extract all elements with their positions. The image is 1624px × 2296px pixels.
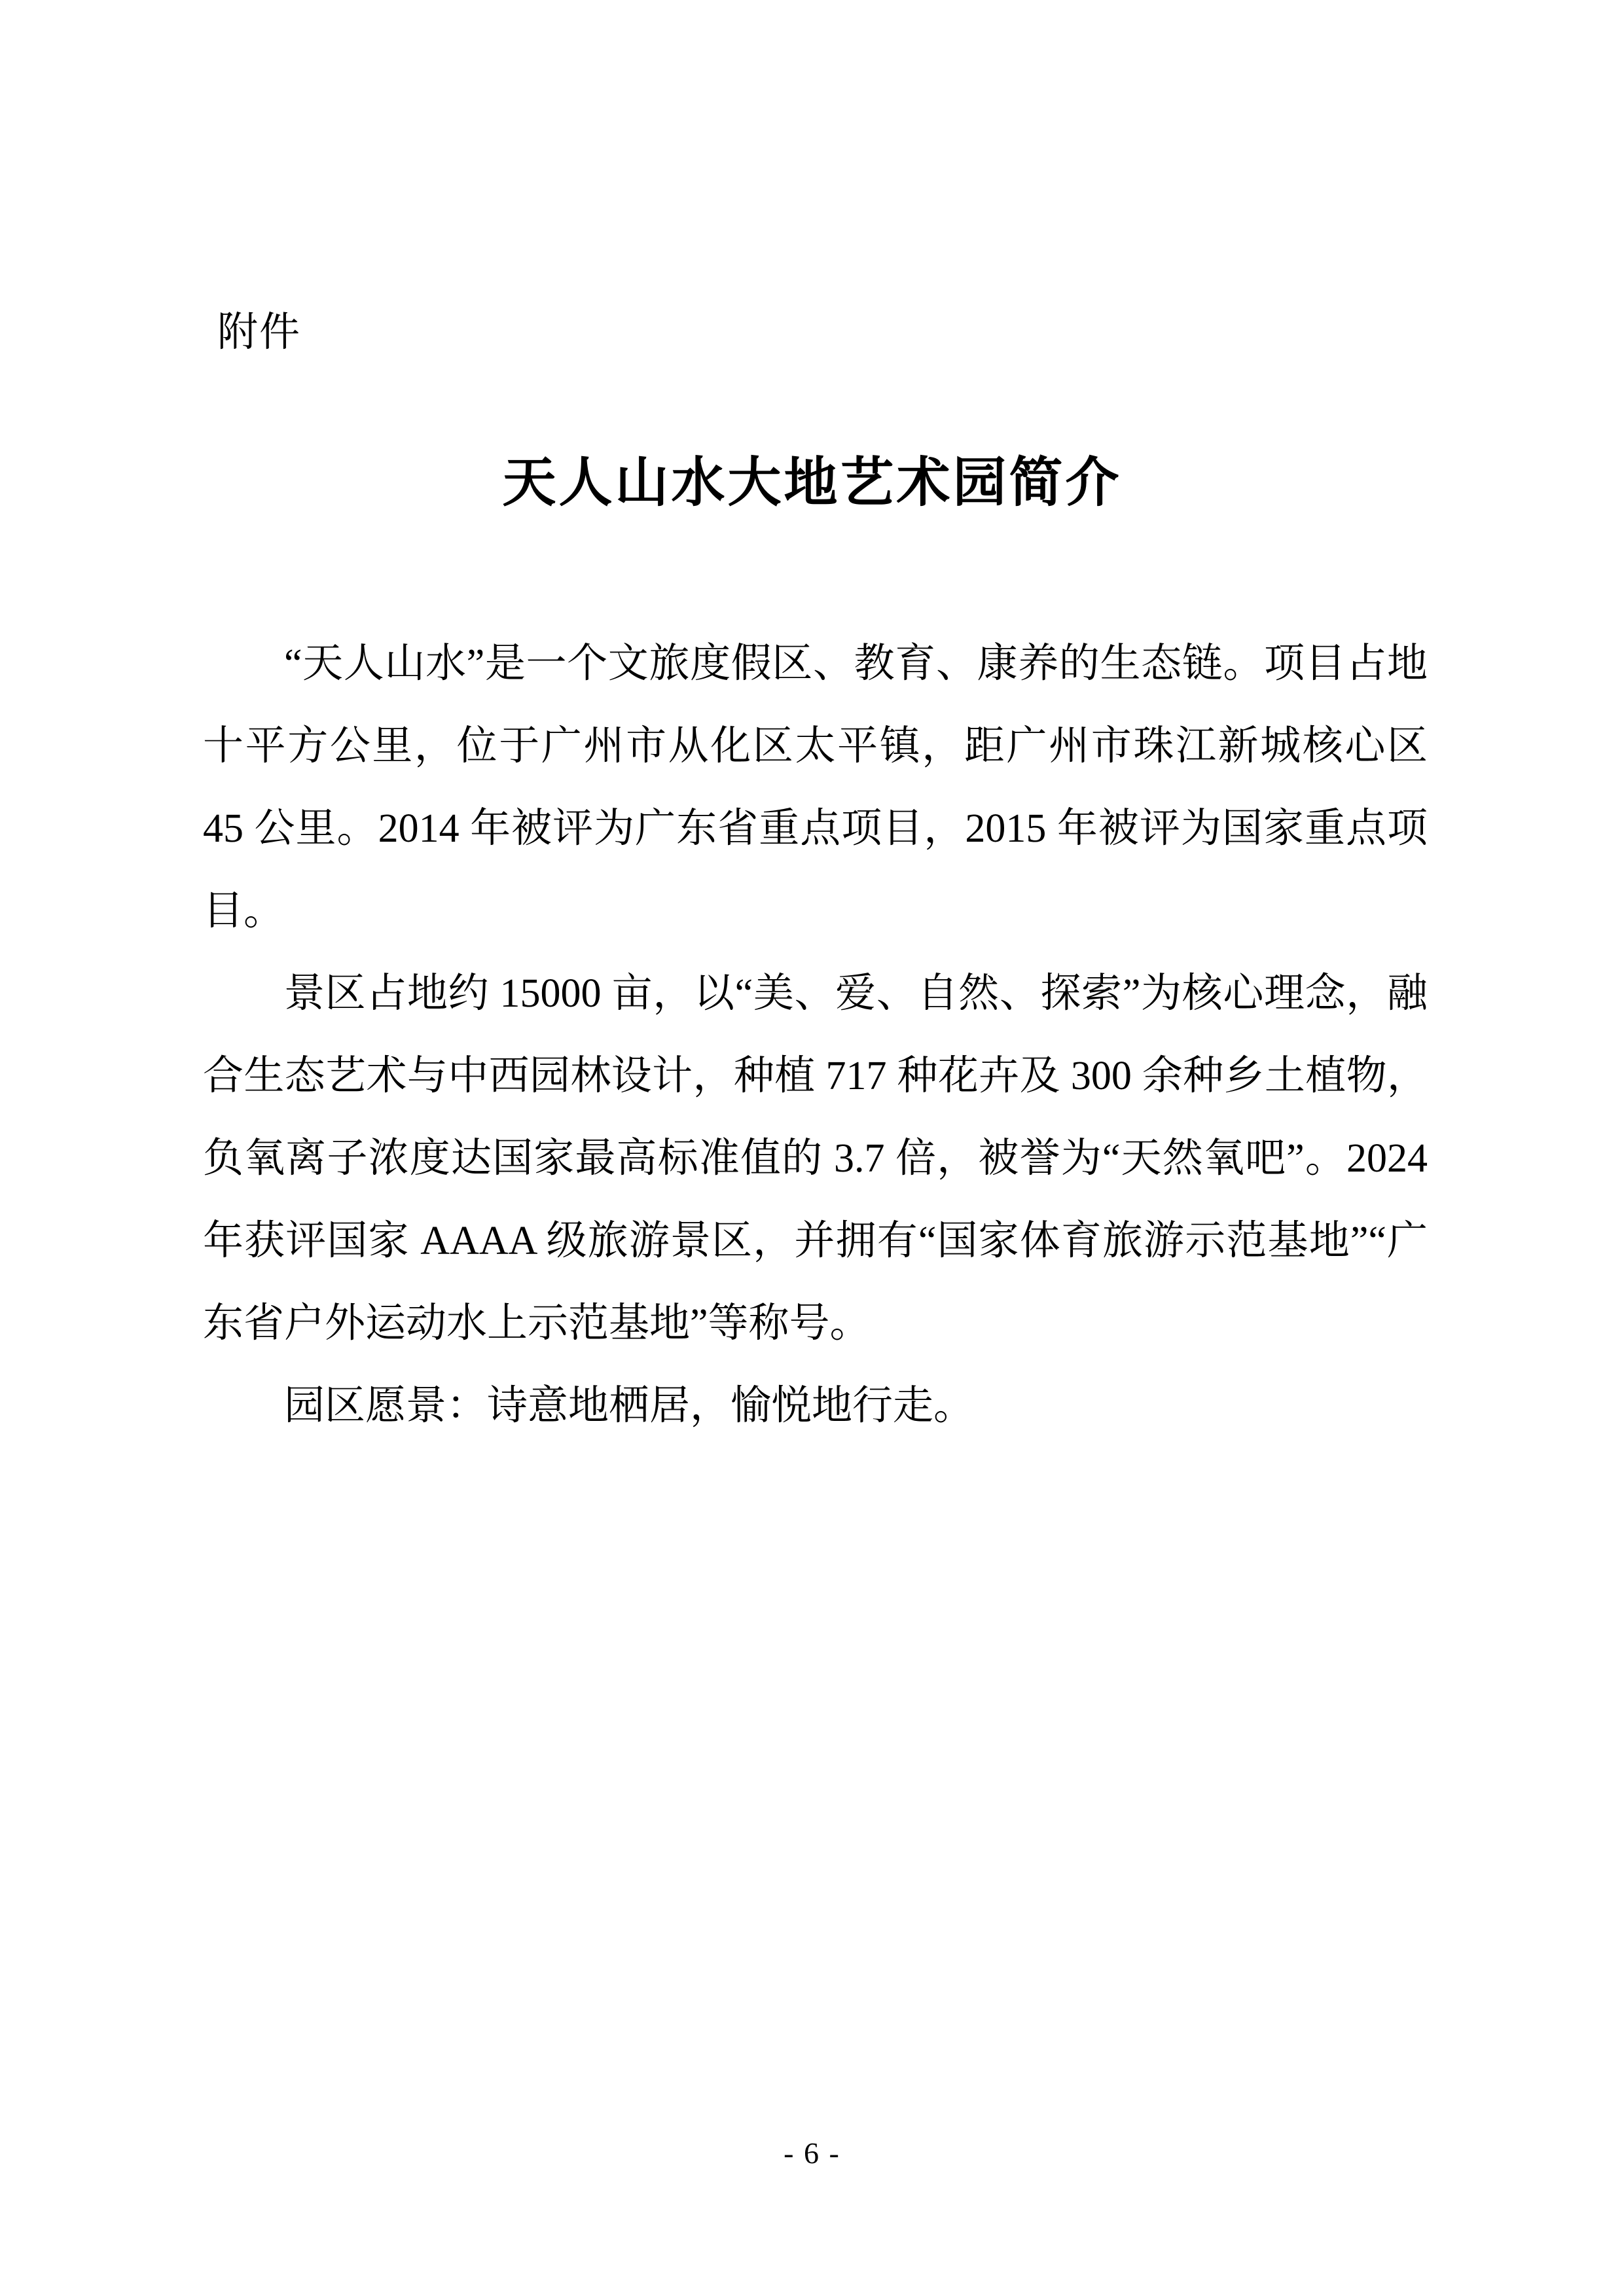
page-number: - 6 -: [0, 2135, 1624, 2172]
document-body: “天人山水”是一个文旅度假区、教育、康养的生态链。项目占地十平方公里，位于广州市…: [203, 622, 1428, 1447]
paragraph-1: “天人山水”是一个文旅度假区、教育、康养的生态链。项目占地十平方公里，位于广州市…: [203, 622, 1428, 952]
attachment-label: 附件: [217, 309, 301, 356]
page-title: 天人山水大地艺术园简介: [0, 450, 1624, 516]
document-page: 附件 天人山水大地艺术园简介 “天人山水”是一个文旅度假区、教育、康养的生态链。…: [0, 0, 1624, 2296]
paragraph-2: 景区占地约 15000 亩，以“美、爱、自然、探索”为核心理念，融合生态艺术与中…: [203, 952, 1428, 1365]
paragraph-3: 园区愿景：诗意地栖居，愉悦地行走。: [203, 1365, 1428, 1447]
